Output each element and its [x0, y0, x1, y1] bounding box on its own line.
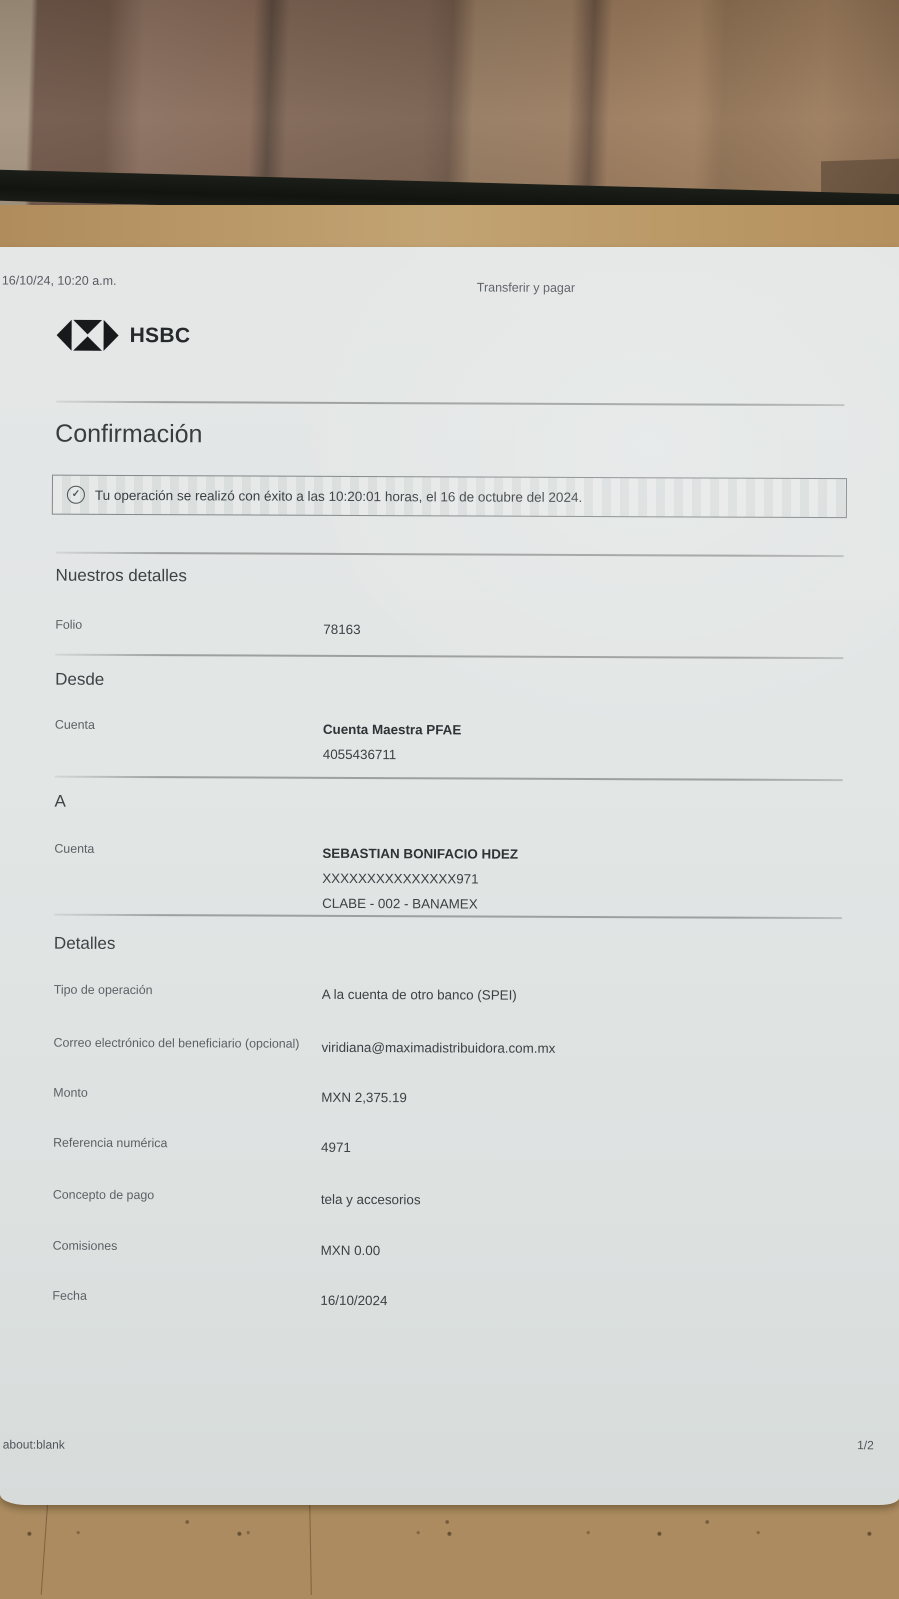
- print-datetime: 16/10/24, 10:20 a.m.: [2, 273, 117, 288]
- detail-row-to-account: Cuenta SEBASTIAN BONIFACIO HDEZ XXXXXXXX…: [54, 840, 856, 918]
- detail-row-beneficiary-email: Correo electrónico del beneficiario (opc…: [53, 1034, 855, 1062]
- row-value: 16/10/2024: [320, 1288, 387, 1313]
- check-circle-icon: ✓: [67, 486, 85, 504]
- row-label: Comisiones: [53, 1237, 321, 1254]
- browser-print-header: 16/10/24, 10:20 a.m. Transferir y pagar: [0, 273, 899, 277]
- row-label: Tipo de operación: [54, 981, 322, 998]
- row-label: Concepto de pago: [53, 1186, 321, 1203]
- row-label: Cuenta: [55, 716, 323, 733]
- detail-row-operation-type: Tipo de operación A la cuenta de otro ba…: [54, 981, 856, 1009]
- divider: [55, 654, 843, 659]
- section-heading-our-details: Nuestros detalles: [56, 566, 187, 587]
- row-label: Monto: [53, 1084, 321, 1101]
- row-value: MXN 2,375.19: [321, 1085, 407, 1110]
- print-doc-title: Transferir y pagar: [477, 281, 575, 295]
- print-page-indicator: 1/2: [857, 1438, 874, 1452]
- row-value: viridiana@maximadistribuidora.com.mx: [321, 1035, 555, 1061]
- row-label: Correo electrónico del beneficiario (opc…: [53, 1034, 321, 1051]
- row-value: A la cuenta de otro banco (SPEI): [322, 982, 517, 1008]
- printed-page: 16/10/24, 10:20 a.m. Transferir y pagar …: [0, 247, 899, 1505]
- detail-row-payment-concept: Concepto de pago tela y accesorios: [53, 1186, 855, 1214]
- row-label: Folio: [55, 616, 323, 633]
- from-account-name: Cuenta Maestra PFAE: [323, 717, 462, 743]
- row-label: Referencia numérica: [53, 1134, 321, 1151]
- detail-row-from-account: Cuenta Cuenta Maestra PFAE 4055436711: [55, 716, 857, 769]
- success-banner: ✓ Tu operación se realizó con éxito a la…: [52, 475, 847, 518]
- cardboard-crease: [41, 1500, 49, 1595]
- detail-row-numeric-reference: Referencia numérica 4971: [53, 1134, 855, 1162]
- section-heading-details: Detalles: [54, 934, 116, 954]
- row-value: MXN 0.00: [321, 1238, 381, 1263]
- cardboard-crease: [309, 1500, 312, 1595]
- from-account-number: 4055436711: [323, 742, 462, 768]
- bank-name: HSBC: [130, 323, 191, 347]
- page-content: 16/10/24, 10:20 a.m. Transferir y pagar …: [0, 245, 899, 1507]
- row-label: Fecha: [52, 1287, 320, 1304]
- row-value: tela y accesorios: [321, 1187, 421, 1212]
- page-title: Confirmación: [55, 420, 202, 450]
- row-value: 4971: [321, 1135, 351, 1160]
- print-url: about:blank: [3, 1437, 65, 1451]
- beneficiary-name: SEBASTIAN BONIFACIO HDEZ: [322, 841, 518, 867]
- row-value: Cuenta Maestra PFAE 4055436711: [323, 717, 462, 768]
- beneficiary-masked-account: XXXXXXXXXXXXXXX971: [322, 866, 518, 892]
- bank-logo: HSBC: [57, 320, 191, 352]
- detail-row-folio: Folio 78163: [55, 616, 857, 644]
- detail-row-date: Fecha 16/10/2024: [52, 1287, 854, 1315]
- detail-row-amount: Monto MXN 2,375.19: [53, 1084, 855, 1112]
- row-value: SEBASTIAN BONIFACIO HDEZ XXXXXXXXXXXXXXX…: [322, 841, 518, 917]
- divider: [55, 776, 843, 781]
- section-heading-from: Desde: [55, 670, 104, 690]
- browser-print-footer: about:blank 1/2: [3, 1437, 874, 1441]
- beneficiary-clabe-bank: CLABE - 002 - BANAMEX: [322, 891, 518, 917]
- row-label: Cuenta: [54, 840, 322, 857]
- hsbc-hexagon-icon: [57, 320, 119, 351]
- divider: [56, 552, 844, 557]
- section-heading-to: A: [55, 792, 66, 812]
- divider: [56, 401, 844, 406]
- row-value: 78163: [323, 617, 360, 642]
- detail-row-commissions: Comisiones MXN 0.00: [53, 1237, 855, 1265]
- success-message: Tu operación se realizó con éxito a las …: [95, 487, 582, 504]
